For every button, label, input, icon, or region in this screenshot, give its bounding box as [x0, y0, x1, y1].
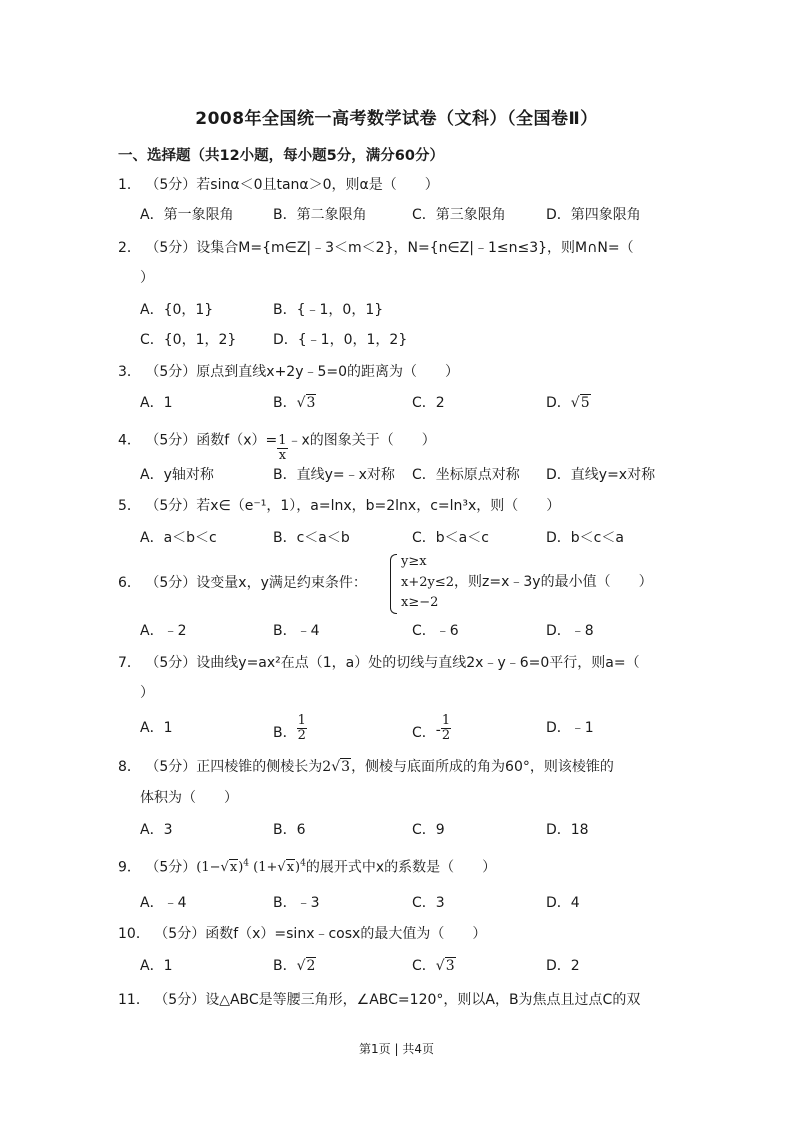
question-stem-post: 的展开式中x的系数是（ ） — [306, 859, 496, 875]
option-a: A．1 — [140, 393, 172, 413]
left-brace-icon — [390, 554, 397, 614]
question-2-cont: ） — [140, 268, 154, 288]
option-c: C．2 — [412, 393, 445, 413]
page-footer: 第1页 | 共4页 — [0, 1040, 793, 1057]
option-b: B．{﹣1，0，1} — [273, 300, 383, 320]
option-c: C．-12 — [412, 716, 451, 745]
option-c: C．3 — [412, 893, 445, 913]
option-a: A．y轴对称 — [140, 465, 214, 485]
question-stem: （5分）设曲线y=ax²在点（1，a）处的切线与直线2x﹣y﹣6=0平行，则a=… — [145, 655, 639, 671]
question-3: 3． （5分）原点到直线x+2y﹣5=0的距离为（ ） — [118, 362, 459, 382]
fraction: 1x — [277, 434, 287, 463]
option-d: D．2 — [546, 956, 580, 976]
option-c: C．√3 — [412, 956, 456, 976]
option-a: A．1 — [140, 956, 172, 976]
question-stem: （5分）设△ABC是等腰三角形，∠ABC=120°，则以A，B为焦点且过点C的双 — [154, 992, 640, 1008]
option-d: D．18 — [546, 820, 589, 840]
question-number: 9． — [118, 859, 141, 875]
question-number: 10． — [118, 926, 150, 942]
option-c: C．坐标原点对称 — [412, 465, 520, 485]
question-7: 7． （5分）设曲线y=ax²在点（1，a）处的切线与直线2x﹣y﹣6=0平行，… — [118, 653, 640, 673]
option-b: B．c＜a＜b — [273, 528, 350, 548]
question-number: 5． — [118, 498, 141, 514]
option-a: A．﹣2 — [140, 621, 186, 641]
sqrt-expression: √2 — [297, 956, 317, 976]
question-7-cont: ） — [140, 683, 154, 703]
question-stem-pre: （5分） — [145, 859, 196, 875]
constraint-2: x+2y≤2，则z=x﹣3y的最小值（ ） — [401, 572, 653, 593]
fraction: 12 — [297, 714, 307, 743]
option-b: B．﹣3 — [273, 893, 320, 913]
question-stem-pre: （5分）设变量x，y满足约束条件： — [145, 575, 366, 591]
question-stem: （5分）若x∈（e⁻¹，1），a=lnx，b=2lnx，c=ln³x，则（ ） — [145, 498, 560, 514]
option-b: B．6 — [273, 820, 306, 840]
question-number: 6． — [118, 575, 141, 591]
option-a: A．a＜b＜c — [140, 528, 217, 548]
question-number: 8． — [118, 759, 141, 775]
fraction: 12 — [441, 714, 451, 743]
option-c: C．第三象限角 — [412, 205, 506, 225]
question-8-cont: 体积为（ ） — [140, 788, 238, 808]
question-stem-pre: （5分）函数f（x）= — [145, 433, 277, 449]
question-11: 11． （5分）设△ABC是等腰三角形，∠ABC=120°，则以A，B为焦点且过… — [118, 990, 640, 1010]
option-d: D．第四象限角 — [546, 205, 641, 225]
question-stem-post: ﹣x的图象关于（ ） — [288, 433, 436, 449]
sqrt-expression: √3 — [436, 956, 456, 976]
question-stem: （5分）设集合M={m∈Z|﹣3＜m＜2}，N={n∈Z|﹣1≤n≤3}，则M∩… — [145, 240, 633, 256]
sqrt-expression: √5 — [571, 393, 591, 413]
option-d: D．√5 — [546, 393, 591, 413]
option-b: B．﹣4 — [273, 621, 320, 641]
option-b: B．直线y=﹣x对称 — [273, 465, 395, 485]
question-number: 7． — [118, 655, 141, 671]
option-c: C．b＜a＜c — [412, 528, 489, 548]
constraint-1: y≥x — [401, 552, 653, 572]
section-heading: 一、选择题（共12小题，每小题5分，满分60分） — [118, 144, 444, 165]
option-b: B．12 — [273, 716, 307, 745]
page-title: 2008年全国统一高考数学试卷（文科）（全国卷Ⅱ） — [0, 104, 793, 129]
question-number: 11． — [118, 992, 150, 1008]
question-number: 3． — [118, 364, 141, 380]
question-number: 1． — [118, 177, 141, 193]
option-a: A．3 — [140, 820, 172, 840]
question-stem: （5分）若sinα＜0且tanα＞0，则α是（ ） — [145, 177, 438, 193]
sqrt-expression: 2√3 — [322, 757, 351, 777]
option-d: D．4 — [546, 893, 580, 913]
exam-page: 2008年全国统一高考数学试卷（文科）（全国卷Ⅱ） 一、选择题（共12小题，每小… — [0, 0, 793, 1122]
question-stem: （5分）函数f（x）=sinx﹣cosx的最大值为（ ） — [154, 926, 486, 942]
question-6: 6． （5分）设变量x，y满足约束条件： — [118, 573, 367, 593]
option-b: B．√3 — [273, 393, 316, 413]
question-stem: （5分）原点到直线x+2y﹣5=0的距离为（ ） — [145, 364, 459, 380]
expansion-expression: (1−√x)4 (1+√x)4 — [196, 860, 306, 875]
option-d: D．b＜c＜a — [546, 528, 624, 548]
question-9: 9． （5分）(1−√x)4 (1+√x)4的展开式中x的系数是（ ） — [118, 854, 496, 878]
option-d: D．直线y=x对称 — [546, 465, 655, 485]
option-d: D．﹣1 — [546, 718, 594, 738]
option-a: A．{0，1} — [140, 300, 213, 320]
option-a: A．第一象限角 — [140, 205, 234, 225]
sqrt-expression: √3 — [297, 393, 317, 413]
option-c: C．9 — [412, 820, 445, 840]
question-number: 2． — [118, 240, 141, 256]
constraint-3: x≥−2 — [401, 593, 653, 613]
option-d: D．﹣8 — [546, 621, 594, 641]
question-1: 1． （5分）若sinα＜0且tanα＞0，则α是（ ） — [118, 175, 439, 195]
option-d: D．{﹣1，0，1，2} — [273, 330, 407, 350]
question-5: 5． （5分）若x∈（e⁻¹，1），a=lnx，b=2lnx，c=ln³x，则（… — [118, 496, 560, 516]
option-a: A．1 — [140, 718, 172, 738]
option-c: C．﹣6 — [412, 621, 459, 641]
constraint-system: y≥x x+2y≤2，则z=x﹣3y的最小值（ ） x≥−2 — [396, 552, 653, 613]
question-4: 4． （5分）函数f（x）=1x﹣x的图象关于（ ） — [118, 426, 436, 455]
question-2: 2． （5分）设集合M={m∈Z|﹣3＜m＜2}，N={n∈Z|﹣1≤n≤3}，… — [118, 238, 634, 258]
option-a: A．﹣4 — [140, 893, 186, 913]
question-10: 10． （5分）函数f（x）=sinx﹣cosx的最大值为（ ） — [118, 924, 486, 944]
option-b: B．√2 — [273, 956, 316, 976]
option-c: C．{0，1，2} — [140, 330, 236, 350]
question-stem-post: ，侧棱与底面所成的角为60°，则该棱锥的 — [351, 759, 614, 775]
question-8: 8． （5分）正四棱锥的侧棱长为2√3，侧棱与底面所成的角为60°，则该棱锥的 — [118, 757, 614, 777]
question-number: 4． — [118, 433, 141, 449]
option-b: B．第二象限角 — [273, 205, 367, 225]
question-stem-pre: （5分）正四棱锥的侧棱长为 — [145, 759, 322, 775]
